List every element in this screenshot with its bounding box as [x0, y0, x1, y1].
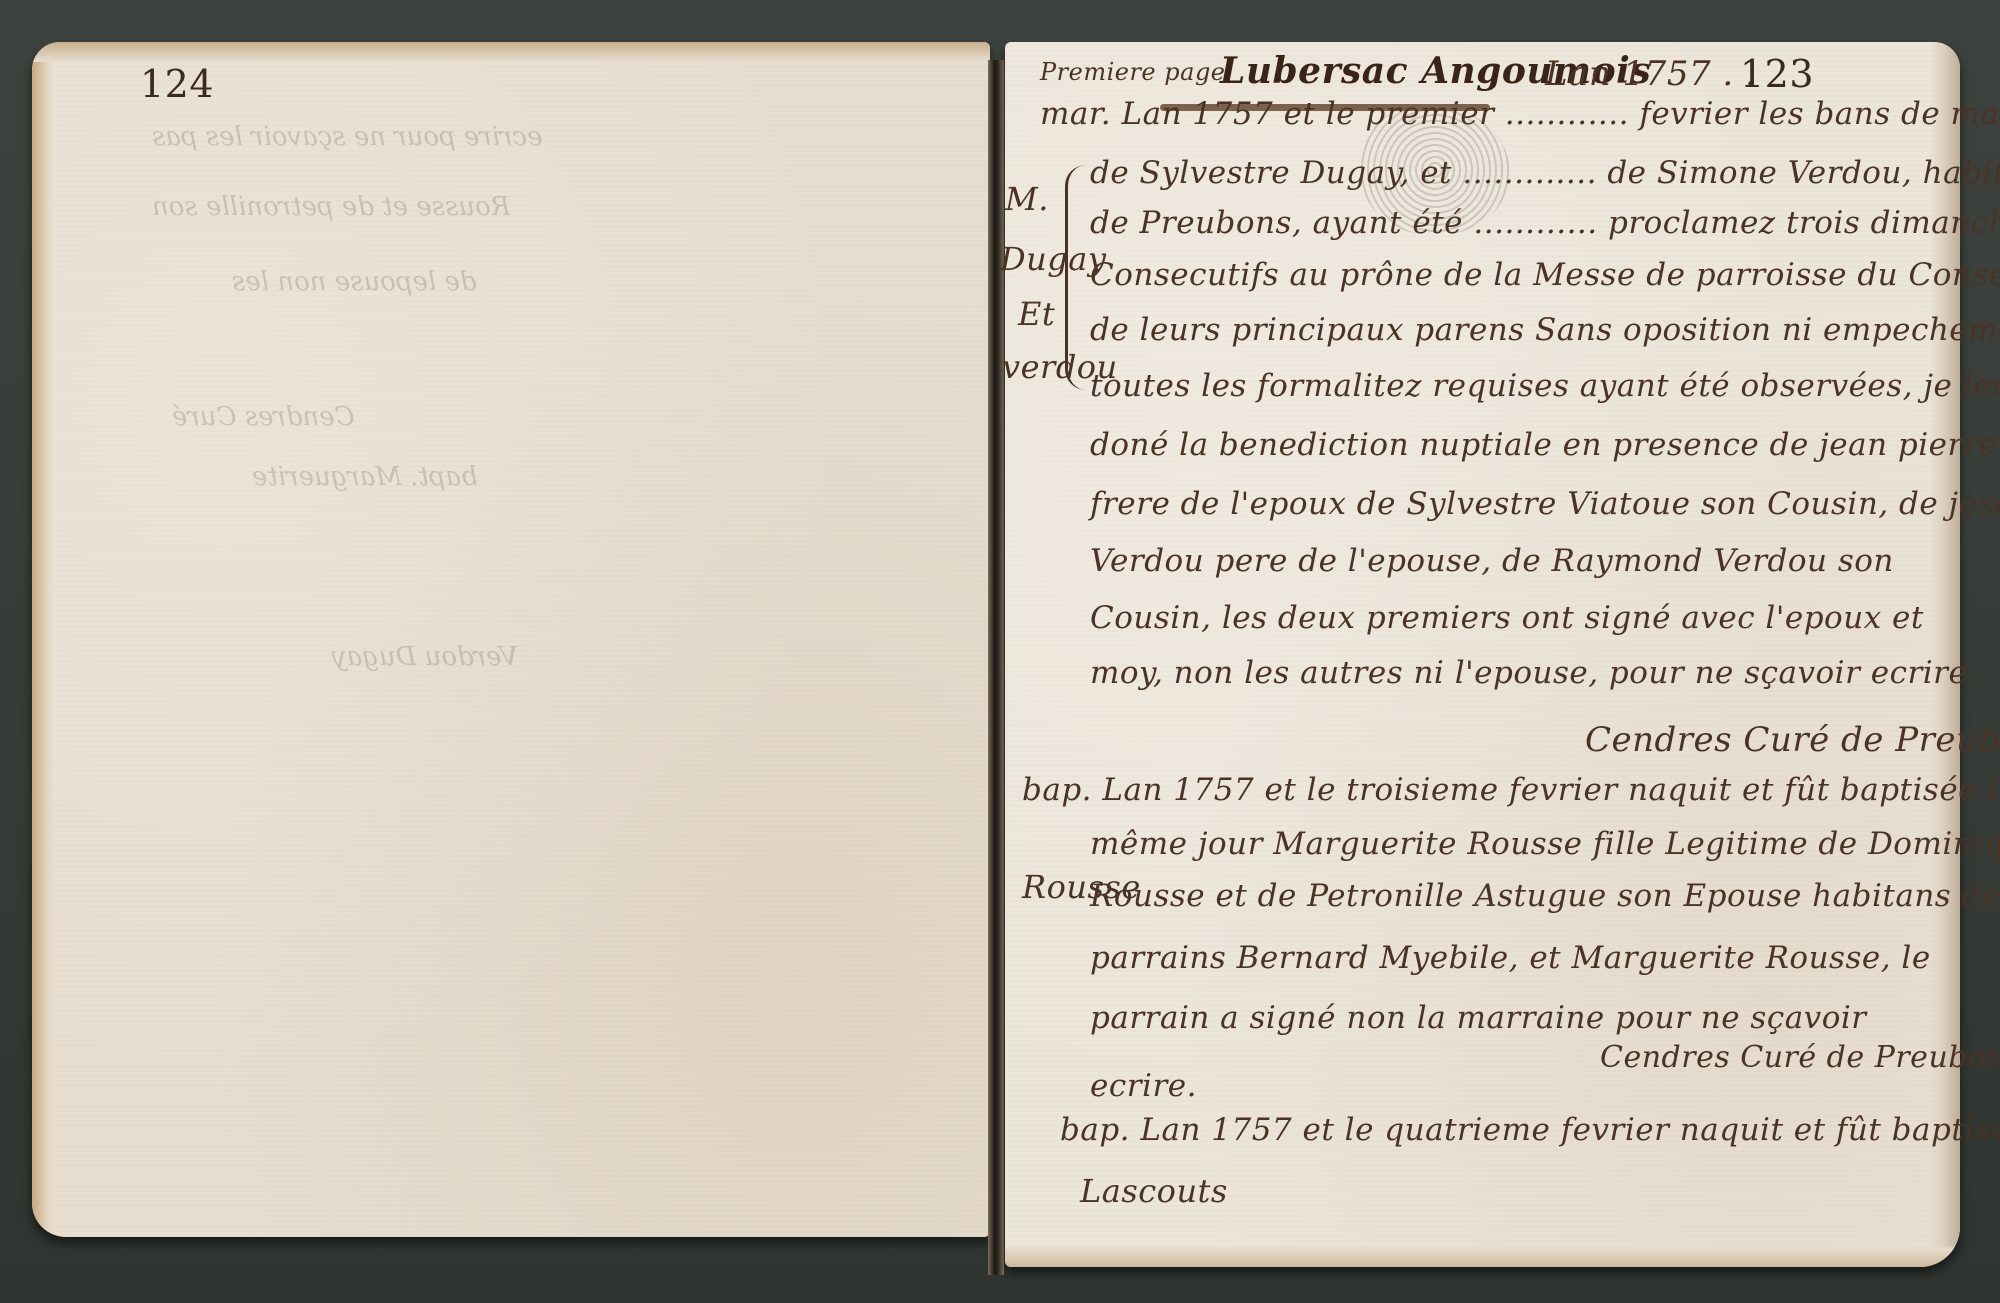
entry-line: frere de l'epoux de Sylvestre Viatoue so…	[1090, 486, 2000, 522]
margin-name: Lascouts	[1080, 1172, 1228, 1210]
priest-signature: Cendres Curé de Preubons	[1585, 720, 2000, 760]
left-page: 124 ecrire pour ne sçavoir les pas Rouss…	[32, 42, 990, 1237]
bleed-through-text: ecrire pour ne sçavoir les pas	[152, 122, 542, 152]
left-folio-number: 124	[140, 62, 214, 106]
entry-line: de Sylvestre Dugay, et ............. de …	[1090, 155, 2000, 191]
bleed-through-text: Verdou Dugay	[332, 642, 518, 672]
entry-line: mar. Lan 1757 et le premier ............…	[1040, 96, 2000, 132]
entry-line: Cousin, les deux premiers ont signé avec…	[1090, 600, 1924, 636]
right-page-bottom-edge	[1005, 1245, 1960, 1267]
entry-line: bap. Lan 1757 et le troisieme fevrier na…	[1022, 772, 2000, 808]
margin-name: M.	[1005, 180, 1049, 218]
entry-line: Consecutifs au prône de la Messe de parr…	[1090, 257, 2000, 293]
entry-line: parrains Bernard Myebile, et Marguerite …	[1090, 940, 1931, 976]
entry-line: Verdou pere de l'epouse, de Raymond Verd…	[1090, 543, 1894, 579]
left-page-edge	[32, 42, 54, 1237]
left-page-top-edge	[32, 42, 990, 62]
entry-line: bap. Lan 1757 et le quatrieme fevrier na…	[1060, 1112, 2000, 1148]
entry-line: moy, non les autres ni l'epouse, pour ne…	[1090, 655, 1978, 691]
header-label: Premiere page	[1040, 58, 1226, 86]
margin-name: Et	[1018, 295, 1055, 333]
margin-brace	[1065, 165, 1086, 390]
right-folio-number: 123	[1740, 52, 1814, 96]
header-year: Lan 1757 . .	[1545, 54, 1756, 94]
entry-line: ecrire.	[1090, 1068, 1197, 1104]
bleed-through-text: bapt. Marguerite	[252, 462, 478, 492]
bleed-through-text: Rousse et de petronille son	[152, 192, 510, 222]
bleed-through-text: Cendres Curé	[172, 402, 355, 432]
entry-line: Rousse et de Petronille Astugue son Epou…	[1090, 878, 2000, 914]
entry-line: même jour Marguerite Rousse fille Legiti…	[1090, 826, 2000, 862]
entry-line: de leurs principaux parens Sans opositio…	[1090, 312, 2000, 348]
entry-line: parrain a signé non la marraine pour ne …	[1090, 1000, 1867, 1036]
bleed-through-text: de lepouse non les	[232, 267, 477, 297]
entry-line: doné la benediction nuptiale en presence…	[1090, 427, 2000, 463]
entry-line: de Preubons, ayant été ............ proc…	[1090, 205, 2000, 241]
entry-line: toutes les formalitez requises ayant été…	[1090, 368, 2000, 404]
priest-signature: Cendres Curé de Preubons	[1600, 1040, 2000, 1075]
